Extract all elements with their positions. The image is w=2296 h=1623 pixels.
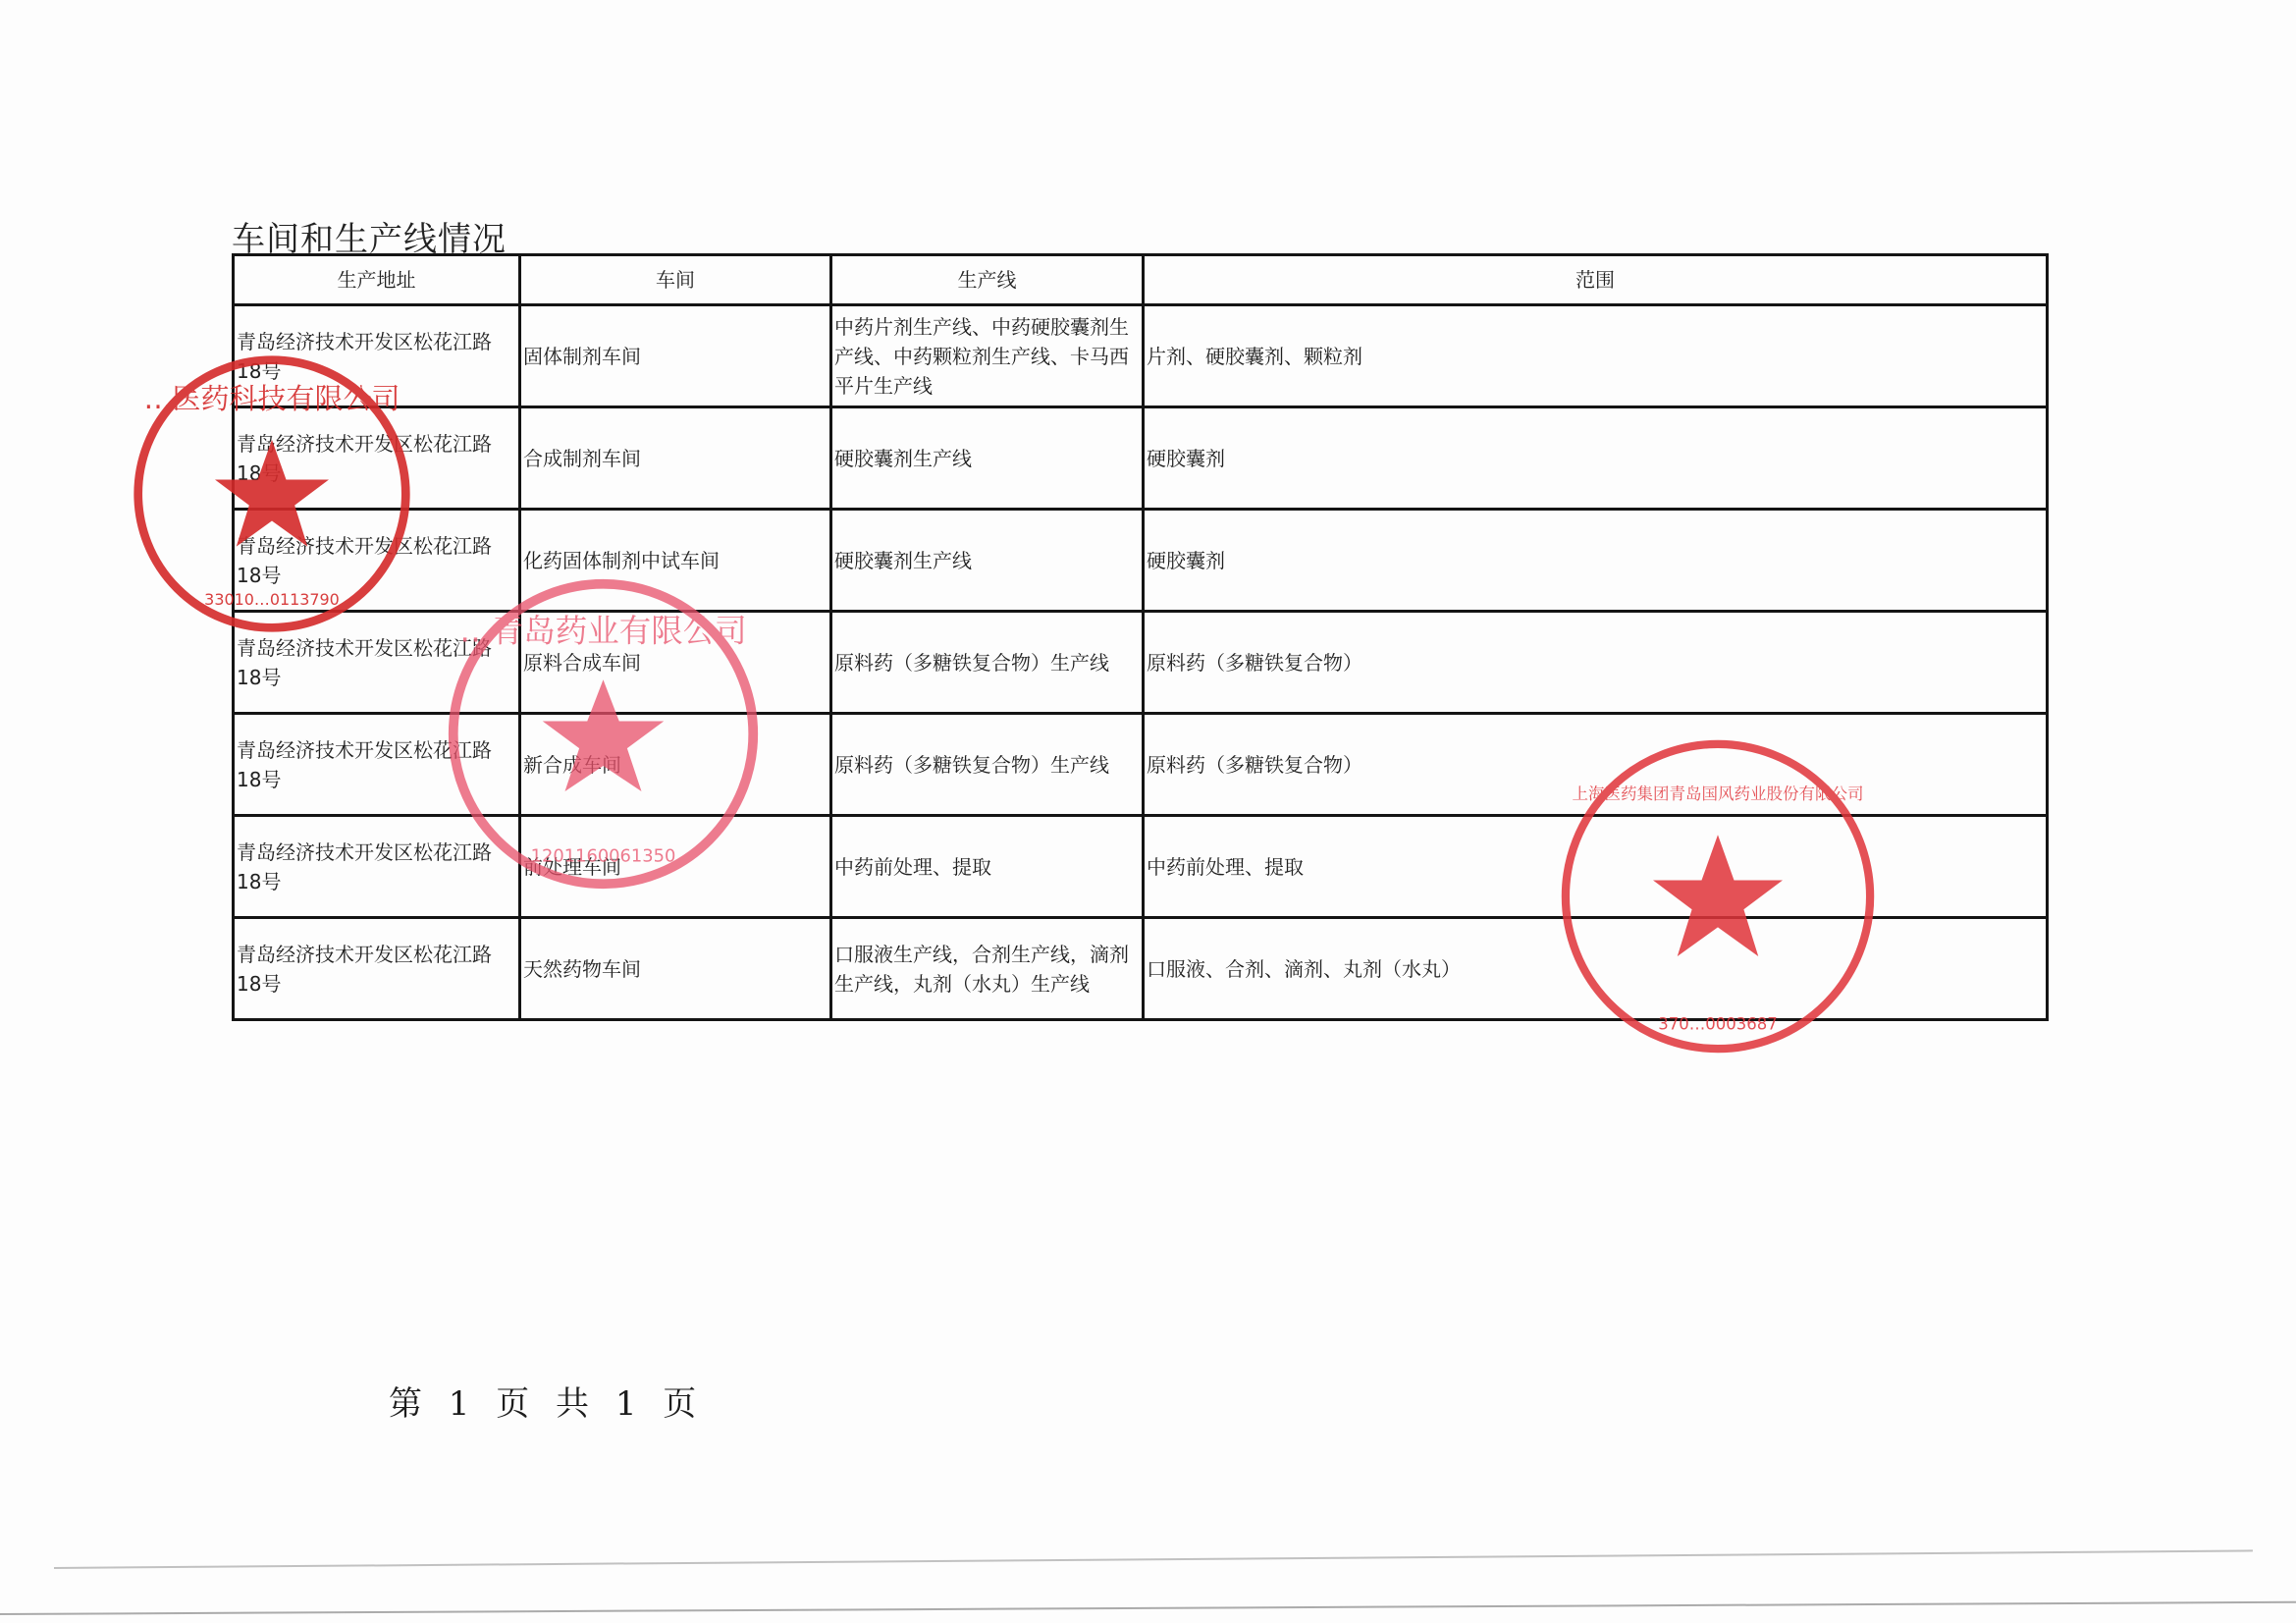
cell-line: 硬胶囊剂生产线 xyxy=(831,407,1144,510)
cell-line: 原料药（多糖铁复合物）生产线 xyxy=(831,714,1144,816)
cell-scope: 硬胶囊剂 xyxy=(1144,510,2048,612)
cell-workshop: 化药固体制剂中试车间 xyxy=(520,510,831,612)
table-header-row: 生产地址 车间 生产线 范围 xyxy=(234,255,2048,305)
cell-scope: 原料药（多糖铁复合物） xyxy=(1144,612,2048,714)
cell-address: 青岛经济技术开发区松花江路18号 xyxy=(234,612,520,714)
cell-address: 青岛经济技术开发区松花江路18号 xyxy=(234,714,520,816)
table-row: 青岛经济技术开发区松花江路18号 化药固体制剂中试车间 硬胶囊剂生产线 硬胶囊剂 xyxy=(234,510,2048,612)
cell-scope: 中药前处理、提取 xyxy=(1144,816,2048,918)
cell-workshop: 合成制剂车间 xyxy=(520,407,831,510)
header-line: 生产线 xyxy=(831,255,1144,305)
cell-scope: 原料药（多糖铁复合物） xyxy=(1144,714,2048,816)
cell-workshop: 天然药物车间 xyxy=(520,918,831,1020)
table-row: 青岛经济技术开发区松花江路18号 前处理车间 中药前处理、提取 中药前处理、提取 xyxy=(234,816,2048,918)
cell-line: 中药前处理、提取 xyxy=(831,816,1144,918)
cell-scope: 片剂、硬胶囊剂、颗粒剂 xyxy=(1144,305,2048,407)
table-row: 青岛经济技术开发区松花江路18号 天然药物车间 口服液生产线，合剂生产线，滴剂生… xyxy=(234,918,2048,1020)
scan-artifact-line xyxy=(54,1549,2253,1569)
page-indicator: 第 1 页 共 1 页 xyxy=(389,1377,704,1425)
cell-address: 青岛经济技术开发区松花江路18号 xyxy=(234,918,520,1020)
cell-line: 原料药（多糖铁复合物）生产线 xyxy=(831,612,1144,714)
table-row: 青岛经济技术开发区松花江路18号 原料合成车间 原料药（多糖铁复合物）生产线 原… xyxy=(234,612,2048,714)
cell-line: 硬胶囊剂生产线 xyxy=(831,510,1144,612)
cell-address: 青岛经济技术开发区松花江路18号 xyxy=(234,510,520,612)
cell-workshop: 原料合成车间 xyxy=(520,612,831,714)
cell-scope: 口服液、合剂、滴剂、丸剂（水丸） xyxy=(1144,918,2048,1020)
header-workshop: 车间 xyxy=(520,255,831,305)
cell-line: 中药片剂生产线、中药硬胶囊剂生产线、中药颗粒剂生产线、卡马西平片生产线 xyxy=(831,305,1144,407)
cell-address: 青岛经济技术开发区松花江路18号 xyxy=(234,407,520,510)
cell-workshop: 新合成车间 xyxy=(520,714,831,816)
workshop-table: 生产地址 车间 生产线 范围 青岛经济技术开发区松花江路18号 固体制剂车间 中… xyxy=(232,253,2049,1021)
scan-artifact-line xyxy=(0,1601,2296,1615)
cell-line: 口服液生产线，合剂生产线，滴剂生产线，丸剂（水丸）生产线 xyxy=(831,918,1144,1020)
header-scope: 范围 xyxy=(1144,255,2048,305)
cell-address: 青岛经济技术开发区松花江路18号 xyxy=(234,305,520,407)
table-row: 青岛经济技术开发区松花江路18号 固体制剂车间 中药片剂生产线、中药硬胶囊剂生产… xyxy=(234,305,2048,407)
cell-address: 青岛经济技术开发区松花江路18号 xyxy=(234,816,520,918)
table-row: 青岛经济技术开发区松花江路18号 合成制剂车间 硬胶囊剂生产线 硬胶囊剂 xyxy=(234,407,2048,510)
header-address: 生产地址 xyxy=(234,255,520,305)
cell-workshop: 前处理车间 xyxy=(520,816,831,918)
cell-scope: 硬胶囊剂 xyxy=(1144,407,2048,510)
cell-workshop: 固体制剂车间 xyxy=(520,305,831,407)
table-row: 青岛经济技术开发区松花江路18号 新合成车间 原料药（多糖铁复合物）生产线 原料… xyxy=(234,714,2048,816)
